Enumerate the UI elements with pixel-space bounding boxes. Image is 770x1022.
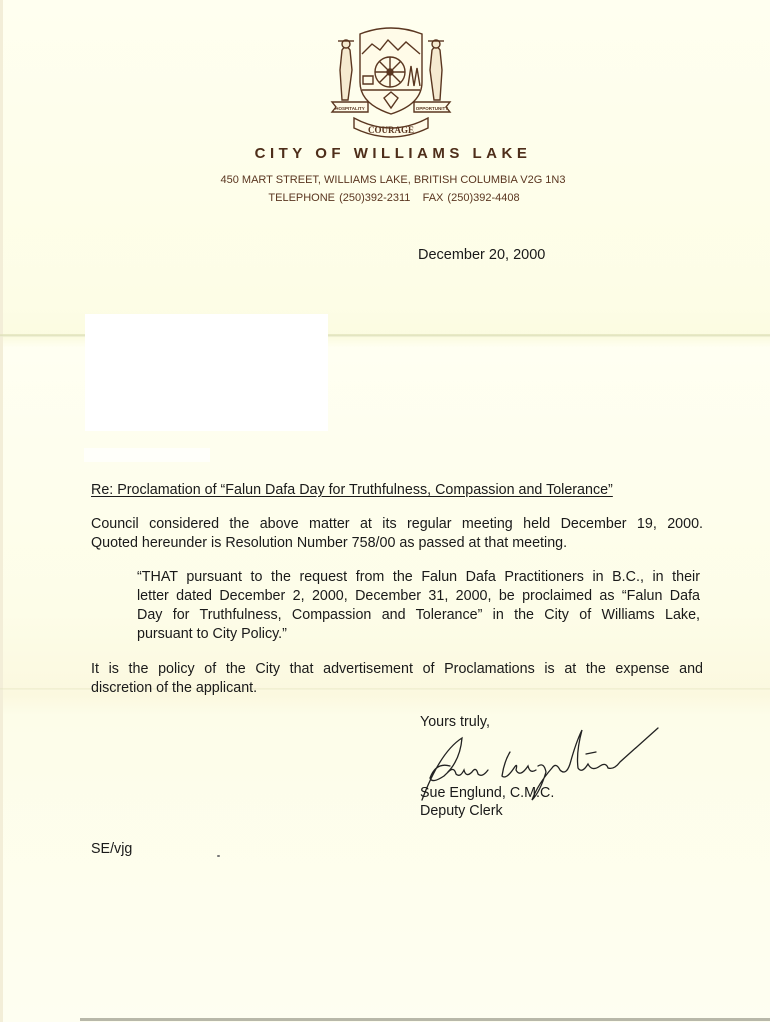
organization-name: CITY OF WILLIAMS LAKE — [0, 145, 770, 162]
text-line: Council considered the above matter at i… — [91, 515, 703, 534]
text-line: pursuant to City Policy.” — [137, 625, 700, 644]
text-line: “THAT pursuant to the request from the F… — [137, 568, 700, 587]
paragraph-policy: It is the policy of the City that advert… — [91, 660, 703, 698]
signer-title: Deputy Clerk — [420, 803, 503, 819]
signer-name: Sue Englund, C.M.C. — [420, 785, 554, 801]
organization-address: 450 MART STREET, WILLIAMS LAKE, BRITISH … — [0, 174, 770, 186]
city-coat-of-arms-icon: HOSPITALITY OPPORTUNITY COURAGE — [328, 20, 454, 142]
text-line: letter dated December 2, 2000, December … — [137, 587, 700, 606]
text-line: Quoted hereunder is Resolution Number 75… — [91, 534, 703, 553]
svg-text:HOSPITALITY: HOSPITALITY — [335, 106, 364, 111]
organization-contact: TELEPHONE (250)392-2311 FAX (250)392-440… — [0, 192, 770, 204]
resolution-quote: “THAT pursuant to the request from the F… — [137, 568, 700, 644]
paper-bottom-edge — [80, 1018, 770, 1021]
reference-initials: SE/vjg — [91, 841, 132, 857]
ink-speck — [217, 855, 220, 857]
svg-text:OPPORTUNITY: OPPORTUNITY — [416, 106, 449, 111]
text-line: It is the policy of the City that advert… — [91, 660, 703, 679]
letter-date: December 20, 2000 — [418, 247, 545, 263]
text-line: Day for Truthfulness, Compassion and Tol… — [137, 606, 700, 625]
svg-text:COURAGE: COURAGE — [368, 125, 414, 135]
paragraph-council-meeting: Council considered the above matter at i… — [91, 515, 703, 553]
redacted-recipient-address — [85, 314, 328, 431]
redacted-salutation — [84, 448, 210, 462]
letter-subject: Re: Proclamation of “Falun Dafa Day for … — [91, 482, 613, 498]
text-line: discretion of the applicant. — [91, 679, 703, 698]
